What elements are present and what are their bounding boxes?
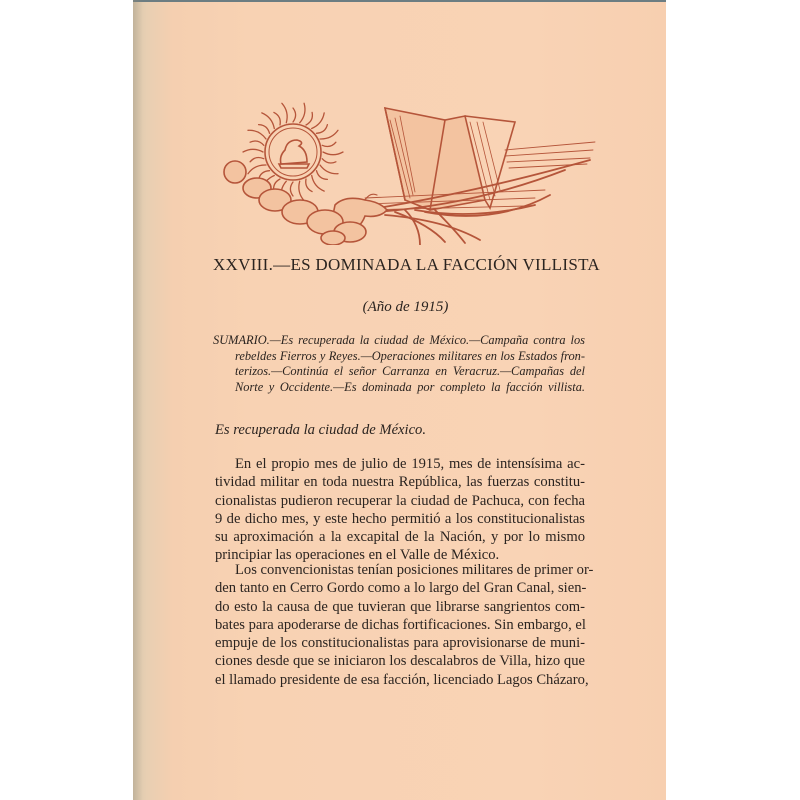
text-line: el llamado presidente de esa facción, li… bbox=[215, 671, 585, 689]
text-line: En el propio mes de julio de 1915, mes d… bbox=[215, 455, 585, 473]
summary-line: SUMARIO.—Es recuperada la ciudad de Méxi… bbox=[213, 333, 585, 349]
paragraph-1: En el propio mes de julio de 1915, mes d… bbox=[215, 455, 585, 565]
book-page: XXVIII.—ES DOMINADA LA FACCIÓN VILLISTA … bbox=[133, 0, 666, 800]
summary-line: Norte y Occidente.—Es dominada por compl… bbox=[213, 380, 585, 396]
chapter-summary: SUMARIO.—Es recuperada la ciudad de Méxi… bbox=[213, 333, 585, 395]
text-line: 9 de dicho mes, y este hecho permitió a … bbox=[215, 510, 585, 528]
text-line: Los convencionistas tenían posiciones mi… bbox=[215, 561, 585, 579]
section-heading: Es recuperada la ciudad de México. bbox=[215, 422, 426, 439]
text-line: su aproximación a la excapital de la Nac… bbox=[215, 528, 585, 546]
text-line: empuje de los constitucionalistas para a… bbox=[215, 634, 585, 652]
chapter-date: (Año de 1915) bbox=[133, 299, 666, 316]
summary-line: rebeldes Fierros y Reyes.—Operaciones mi… bbox=[213, 349, 585, 365]
text-line: tividad militar en toda nuestra Repúblic… bbox=[215, 473, 585, 491]
summary-line: terizos.—Continúa el señor Carranza en V… bbox=[213, 364, 585, 380]
text-line: do esto la causa de que tuvieran que lib… bbox=[215, 598, 585, 616]
text-line: ciones desde que se iniciaron los descal… bbox=[215, 652, 585, 670]
chapter-title: XXVIII.—ES DOMINADA LA FACCIÓN VILLISTA bbox=[133, 255, 666, 275]
text-line: den tanto en Cerro Gordo como a lo largo… bbox=[215, 579, 585, 597]
engraved-vignette-ornament bbox=[215, 100, 600, 245]
text-line: bates para apoderarse de dichas fortific… bbox=[215, 616, 585, 634]
text-line: cionalistas pudieron recuperar la ciudad… bbox=[215, 492, 585, 510]
paragraph-2: Los convencionistas tenían posiciones mi… bbox=[215, 561, 585, 689]
